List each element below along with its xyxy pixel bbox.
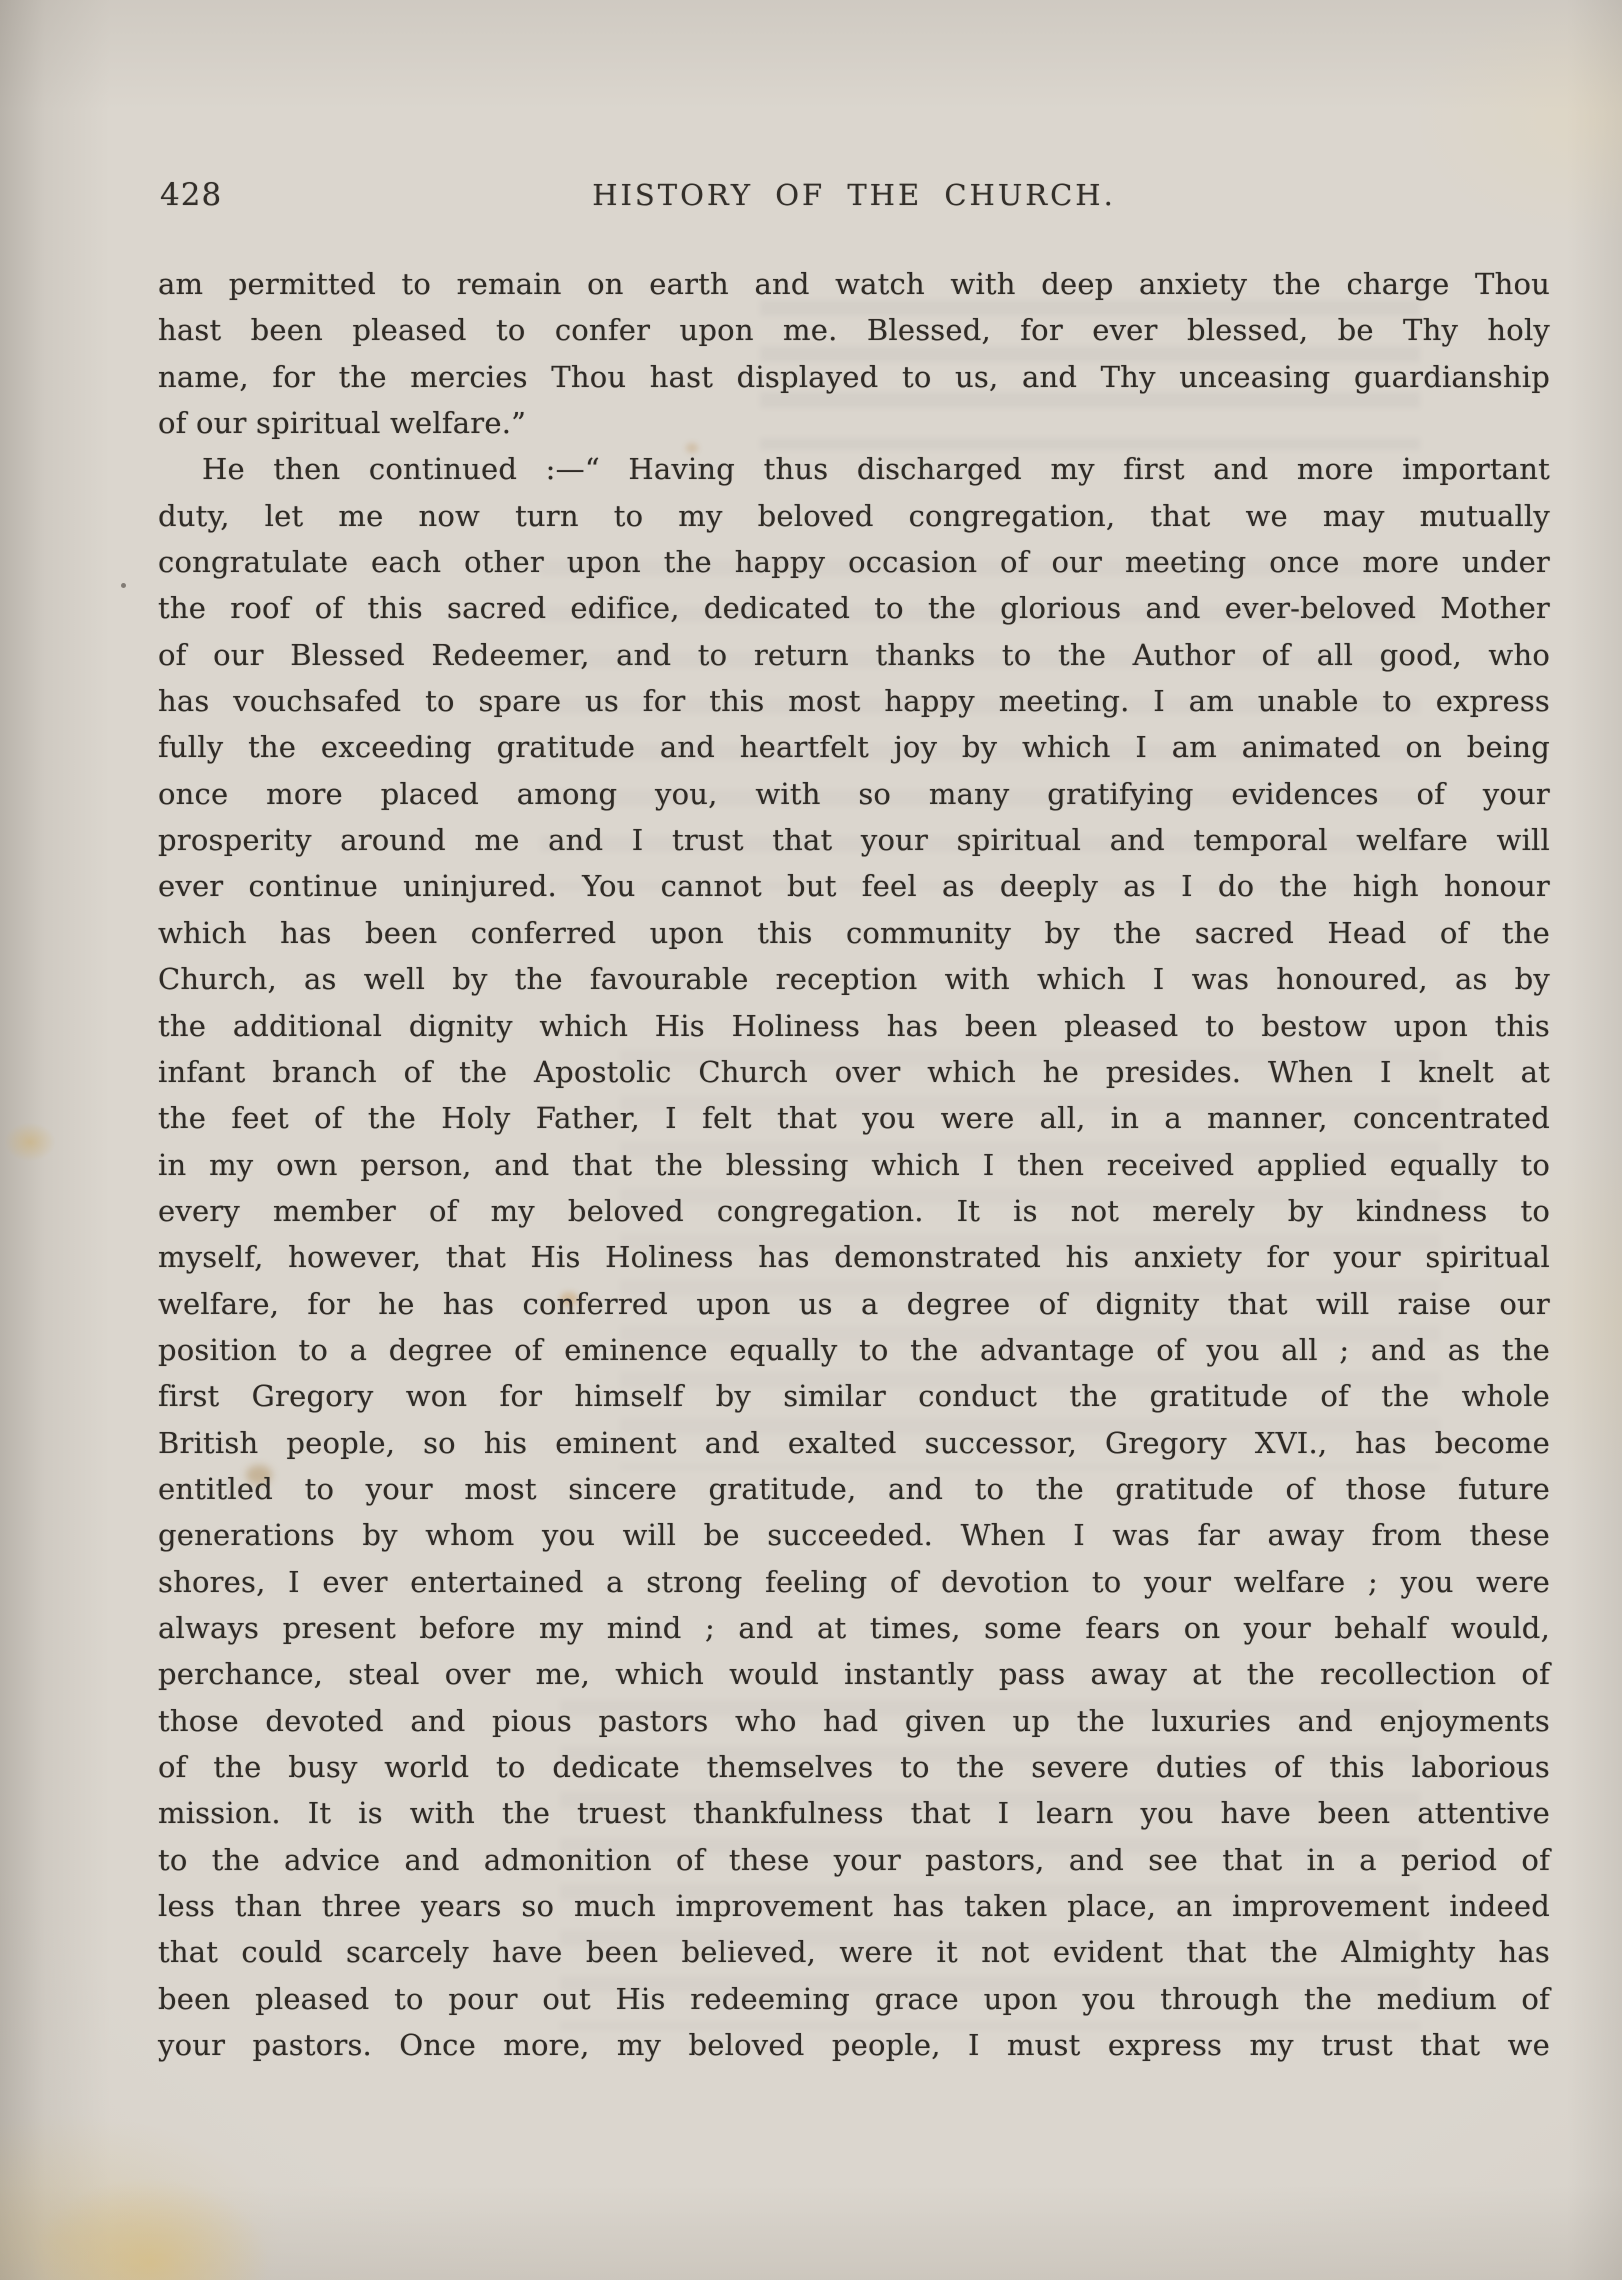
- text-line: in my own person, and that the blessing …: [158, 1142, 1550, 1188]
- text-line: Church, as well by the favourable recept…: [158, 956, 1550, 1002]
- text-line: once more placed among you, with so many…: [158, 771, 1550, 817]
- paragraph: am permitted to remain on earth and watc…: [158, 261, 1550, 446]
- text-line: first Gregory won for himself by similar…: [158, 1373, 1550, 1419]
- text-line: ever continue uninjured. You cannot but …: [158, 863, 1550, 909]
- text-line: myself, however, that His Holiness has d…: [158, 1234, 1550, 1280]
- page-number: 428: [160, 172, 222, 218]
- text-line: of the busy world to dedicate themselves…: [158, 1744, 1550, 1790]
- text-line: the additional dignity which His Holines…: [158, 1003, 1550, 1049]
- text-line: entitled to your most sincere gratitude,…: [158, 1466, 1550, 1512]
- text-line: prosperity around me and I trust that yo…: [158, 817, 1550, 863]
- text-line: British people, so his eminent and exalt…: [158, 1420, 1550, 1466]
- body-text: am permitted to remain on earth and watc…: [158, 261, 1550, 2068]
- text-line: been pleased to pour out His redeeming g…: [158, 1976, 1550, 2022]
- text-line: which has been conferred upon this commu…: [158, 910, 1550, 956]
- text-line: generations by whom you will be succeede…: [158, 1512, 1550, 1558]
- paragraph: He then continued :—“ Having thus discha…: [158, 446, 1550, 2068]
- text-line: hast been pleased to confer upon me. Ble…: [158, 307, 1550, 353]
- text-line: fully the exceeding gratitude and heartf…: [158, 724, 1550, 770]
- text-line: congratulate each other upon the happy o…: [158, 539, 1550, 585]
- ink-speck: [121, 583, 126, 588]
- text-line: name, for the mercies Thou hast displaye…: [158, 354, 1550, 400]
- text-line: of our Blessed Redeemer, and to return t…: [158, 632, 1550, 678]
- text-line: infant branch of the Apostolic Church ov…: [158, 1049, 1550, 1095]
- text-line: less than three years so much improvemen…: [158, 1883, 1550, 1929]
- book-page-scan: { "page": { "page_number": "428", "runni…: [0, 0, 1622, 2280]
- text-line: He then continued :—“ Having thus discha…: [158, 446, 1550, 492]
- text-line: mission. It is with the truest thankfuln…: [158, 1790, 1550, 1836]
- text-line: duty, let me now turn to my beloved cong…: [158, 493, 1550, 539]
- text-line: every member of my beloved congregation.…: [158, 1188, 1550, 1234]
- page-header: 428 HISTORY OF THE CHURCH.: [158, 172, 1550, 218]
- text-line: perchance, steal over me, which would in…: [158, 1651, 1550, 1697]
- text-line: of our spiritual welfare.”: [158, 400, 1550, 446]
- text-line: to the advice and admonition of these yo…: [158, 1837, 1550, 1883]
- text-line: the feet of the Holy Father, I felt that…: [158, 1095, 1550, 1141]
- text-line: the roof of this sacred edifice, dedicat…: [158, 585, 1550, 631]
- text-line: has vouchsafed to spare us for this most…: [158, 678, 1550, 724]
- text-line: am permitted to remain on earth and watc…: [158, 261, 1550, 307]
- paper-surface: 428 HISTORY OF THE CHURCH. am permitted …: [0, 0, 1622, 2280]
- text-line: your pastors. Once more, my beloved peop…: [158, 2022, 1550, 2068]
- text-line: always present before my mind ; and at t…: [158, 1605, 1550, 1651]
- text-line: those devoted and pious pastors who had …: [158, 1698, 1550, 1744]
- text-line: position to a degree of eminence equally…: [158, 1327, 1550, 1373]
- running-header: HISTORY OF THE CHURCH.: [158, 172, 1550, 218]
- text-line: shores, I ever entertained a strong feel…: [158, 1559, 1550, 1605]
- text-line: that could scarcely have been believed, …: [158, 1929, 1550, 1975]
- text-line: welfare, for he has conferred upon us a …: [158, 1281, 1550, 1327]
